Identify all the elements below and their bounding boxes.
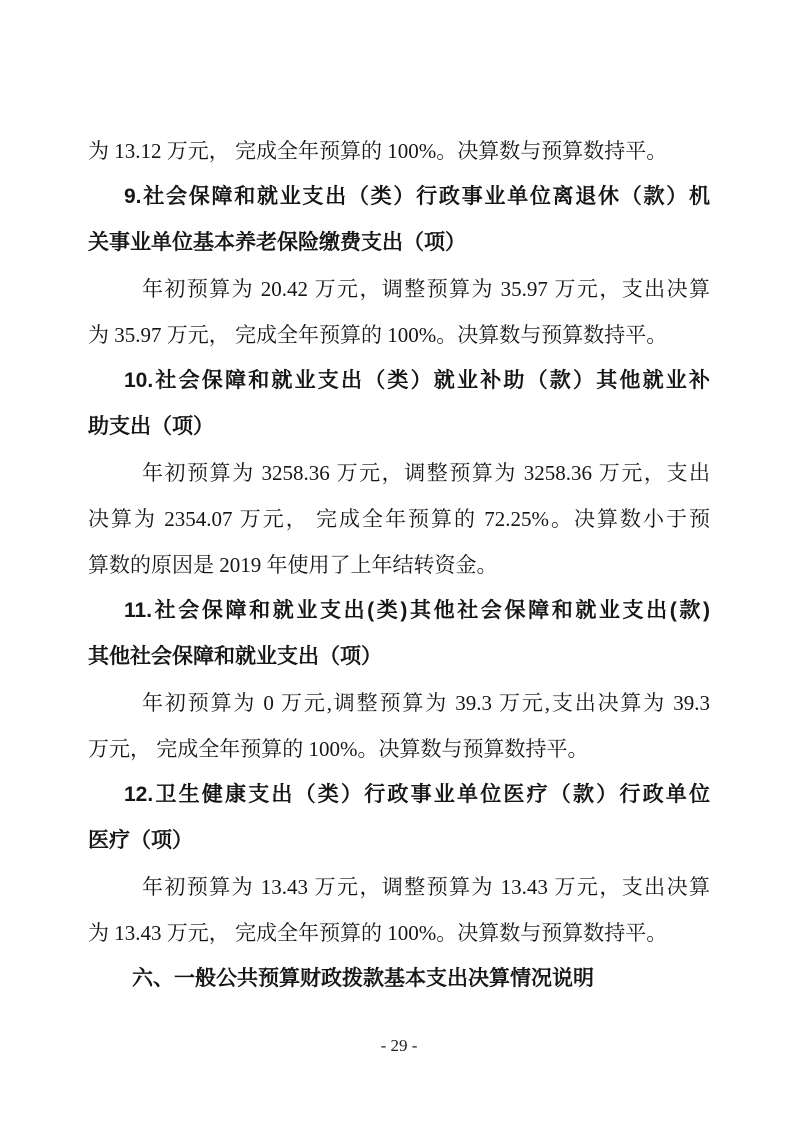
text-line: 关事业单位基本养老保险缴费支出（项） <box>88 220 710 266</box>
paragraph: 为 13.12 万元， 完成全年预算的 100%。决算数与预算数持平。 <box>88 128 710 174</box>
paragraph: 年初预算为 3258.36 万元，调整预算为 3258.36 万元，支出 决算为… <box>88 450 710 588</box>
paragraph-heading-10: 10.社会保障和就业支出（类）就业补助（款）其他就业补 助支出（项） <box>88 358 710 450</box>
paragraph: 年初预算为 20.42 万元，调整预算为 35.97 万元，支出决算 为 35.… <box>88 266 710 358</box>
text-line: 年初预算为 13.43 万元，调整预算为 13.43 万元，支出决算 <box>88 864 710 910</box>
paragraph-heading-12: 12.卫生健康支出（类）行政事业单位医疗（款）行政单位 医疗（项） <box>88 772 710 864</box>
page-number: - 29 - <box>88 1031 710 1061</box>
text-line: 年初预算为 20.42 万元，调整预算为 35.97 万元，支出决算 <box>88 266 710 312</box>
section-heading-line: 六、一般公共预算财政拨款基本支出决算情况说明 <box>88 956 710 1002</box>
text-line: 为 13.12 万元， 完成全年预算的 100%。决算数与预算数持平。 <box>88 128 710 174</box>
text-line: 其他社会保障和就业支出（项） <box>88 634 710 680</box>
text-line: 医疗（项） <box>88 818 710 864</box>
paragraph-heading-11: 11.社会保障和就业支出(类)其他社会保障和就业支出(款) 其他社会保障和就业支… <box>88 588 710 680</box>
text-line: 11.社会保障和就业支出(类)其他社会保障和就业支出(款) <box>88 588 710 634</box>
text-line: 12.卫生健康支出（类）行政事业单位医疗（款）行政单位 <box>88 772 710 818</box>
page-content: 为 13.12 万元， 完成全年预算的 100%。决算数与预算数持平。 9.社会… <box>88 128 710 1002</box>
document-page: 为 13.12 万元， 完成全年预算的 100%。决算数与预算数持平。 9.社会… <box>0 0 793 1122</box>
text-line: 年初预算为 0 万元,调整预算为 39.3 万元,支出决算为 39.3 <box>88 680 710 726</box>
text-line: 为 13.43 万元， 完成全年预算的 100%。决算数与预算数持平。 <box>88 910 710 956</box>
text-line: 为 35.97 万元， 完成全年预算的 100%。决算数与预算数持平。 <box>88 312 710 358</box>
paragraph-section-heading: 六、一般公共预算财政拨款基本支出决算情况说明 <box>88 956 710 1002</box>
text-line: 年初预算为 3258.36 万元，调整预算为 3258.36 万元，支出 <box>88 450 710 496</box>
text-line: 算数的原因是 2019 年使用了上年结转资金。 <box>88 542 710 588</box>
paragraph: 年初预算为 13.43 万元，调整预算为 13.43 万元，支出决算 为 13.… <box>88 864 710 956</box>
text-line: 9.社会保障和就业支出（类）行政事业单位离退休（款）机 <box>88 174 710 220</box>
text-line: 助支出（项） <box>88 404 710 450</box>
paragraph: 年初预算为 0 万元,调整预算为 39.3 万元,支出决算为 39.3 万元， … <box>88 680 710 772</box>
text-line: 决算为 2354.07 万元， 完成全年预算的 72.25%。决算数小于预 <box>88 496 710 542</box>
text-line: 万元， 完成全年预算的 100%。决算数与预算数持平。 <box>88 726 710 772</box>
text-line: 10.社会保障和就业支出（类）就业补助（款）其他就业补 <box>88 358 710 404</box>
paragraph-heading-9: 9.社会保障和就业支出（类）行政事业单位离退休（款）机 关事业单位基本养老保险缴… <box>88 174 710 266</box>
